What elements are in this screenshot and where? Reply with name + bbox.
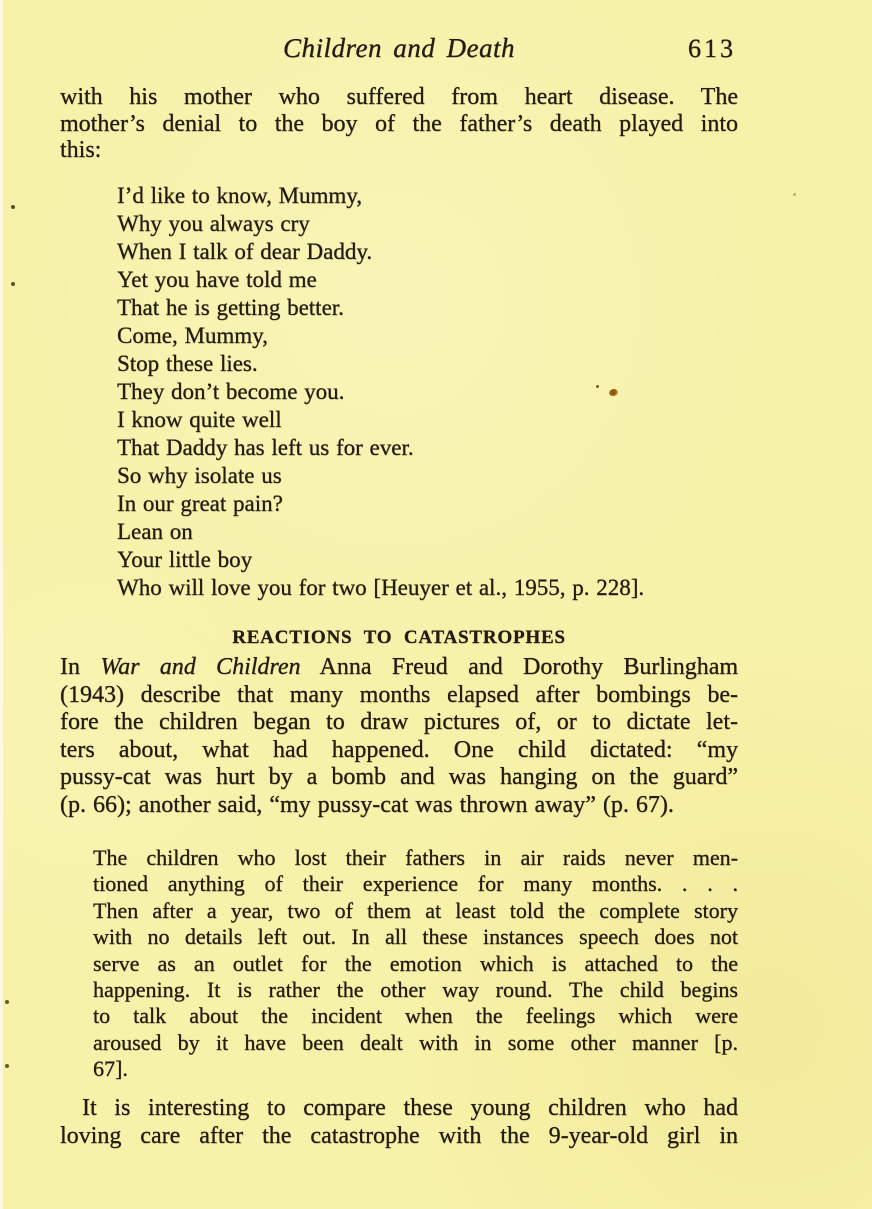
text-line: It is interesting to compare these young… <box>60 1094 738 1122</box>
poem-line: Yet you have told me <box>117 266 757 294</box>
ink-speck <box>793 193 796 196</box>
text-line: pussy-cat was hurt by a bomb and was han… <box>60 764 738 792</box>
poem-block: I’d like to know, Mummy,Why you always c… <box>117 182 757 602</box>
poem-line: So why isolate us <box>117 462 757 490</box>
section-heading: REACTIONS TO CATASTROPHES <box>60 627 738 649</box>
text-line: (1943) describe that many months elapsed… <box>60 682 738 710</box>
ink-speck <box>5 1064 9 1068</box>
text-line: In War and Children Anna Freud and Dorot… <box>60 654 738 682</box>
poem-line: Your little boy <box>117 546 757 574</box>
quote-line: aroused by it have been dealt with in so… <box>93 1030 738 1056</box>
ink-speck <box>5 1000 9 1004</box>
poem-line: Lean on <box>117 518 757 546</box>
poem-line: Stop these lies. <box>117 350 757 378</box>
paragraph-compare: It is interesting to compare these young… <box>60 1094 738 1150</box>
text-line: fore the children began to draw pictures… <box>60 709 738 737</box>
poem-line: I’d like to know, Mummy, <box>117 182 757 210</box>
paragraph-intro: with his mother who suffered from heart … <box>60 84 738 164</box>
poem-line: I know quite well <box>117 406 757 434</box>
text-line: ters about, what had happened. One child… <box>60 737 738 765</box>
paragraph-reactions: In War and Children Anna Freud and Dorot… <box>60 654 738 819</box>
quote-line: tioned anything of their experience for … <box>93 871 738 897</box>
quote-line: 67]. <box>93 1056 738 1082</box>
ink-speck <box>11 282 15 286</box>
quote-line: to talk about the incident when the feel… <box>93 1003 738 1029</box>
poem-line: That he is getting better. <box>117 294 757 322</box>
book-title-italic: War and Children <box>100 654 300 680</box>
poem-line: Who will love you for two [Heuyer et al.… <box>117 574 757 602</box>
page-edge <box>0 0 3 1209</box>
quote-line: serve as an outlet for the emotion which… <box>93 951 738 977</box>
text-line: loving care after the catastrophe with t… <box>60 1122 738 1150</box>
quote-line: happening. It is rather the other way ro… <box>93 977 738 1003</box>
poem-line: They don’t become you. <box>117 378 757 406</box>
text-run: In <box>60 654 100 680</box>
ink-speck <box>596 385 599 388</box>
poem-line: When I talk of dear Daddy. <box>117 238 757 266</box>
blockquote: The children who lost their fathers in a… <box>93 845 738 1083</box>
text-run: Anna Freud and Dorothy Burlingham <box>301 654 739 680</box>
running-head-title: Children and Death <box>283 33 515 63</box>
text-line: (p. 66); another said, “my pussy-cat was… <box>60 792 738 820</box>
poem-line: Come, Mummy, <box>117 322 757 350</box>
poem-line: In our great pain? <box>117 490 757 518</box>
running-head: Children and Death 613 <box>60 33 738 65</box>
poem-line: That Daddy has left us for ever. <box>117 434 757 462</box>
quote-line: with no details left out. In all these i… <box>93 924 738 950</box>
ink-speck <box>11 205 15 209</box>
paragraph-lines: (1943) describe that many months elapsed… <box>60 682 738 820</box>
text-line: with his mother who suffered from heart … <box>60 84 738 111</box>
quote-line: Then after a year, two of them at least … <box>93 898 738 924</box>
book-page: Children and Death 613 with his mother w… <box>0 0 872 1209</box>
text-line: mother’s denial to the boy of the father… <box>60 111 738 138</box>
poem-line: Why you always cry <box>117 210 757 238</box>
text-line: this: <box>60 137 738 164</box>
quote-line: The children who lost their fathers in a… <box>93 845 738 871</box>
page-number: 613 <box>688 34 736 64</box>
